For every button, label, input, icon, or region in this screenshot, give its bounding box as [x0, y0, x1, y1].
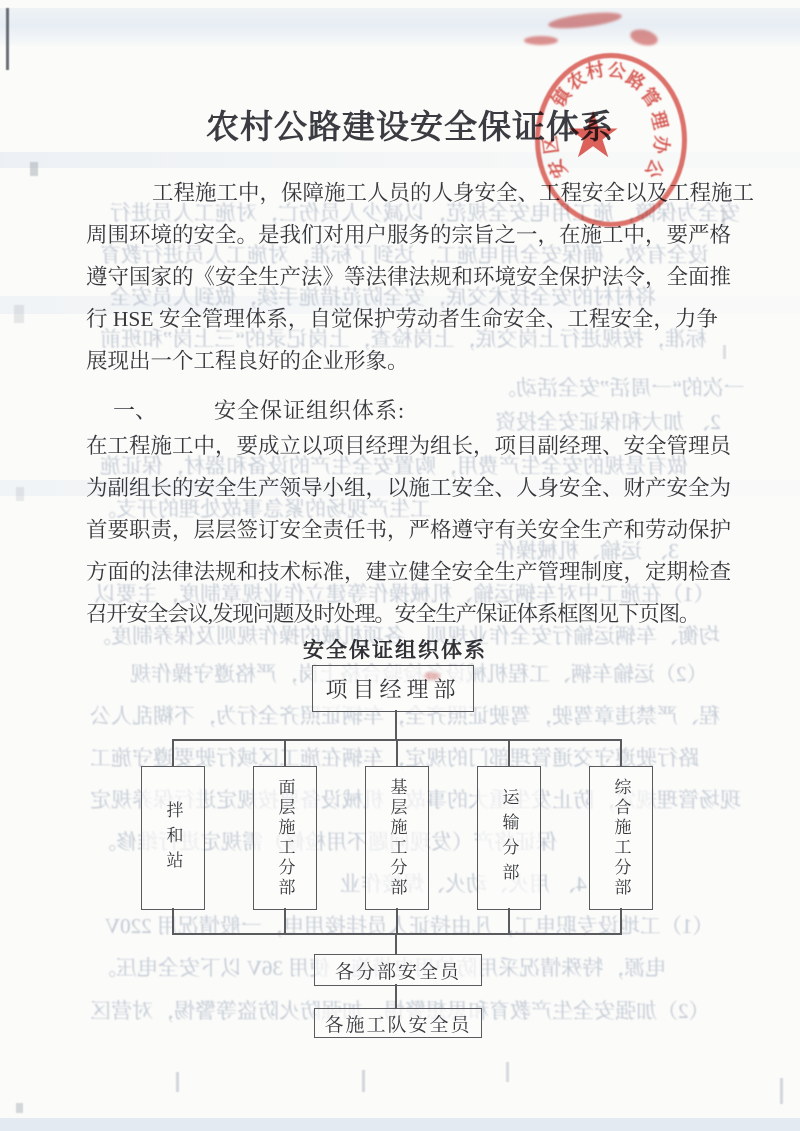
scan-artifact	[780, 1078, 783, 1104]
connector-line	[395, 984, 397, 1008]
paragraph1-line: 展现出一个工程良好的企业形象。	[86, 344, 731, 375]
paragraph2-line: 在工程施工中，要成立以项目经理为组长，项目副经理、安全管理员	[86, 429, 731, 460]
scan-artifact	[723, 345, 726, 359]
org-box-label: 各分部安全员	[335, 957, 461, 984]
stamp-ink-smudge	[424, 672, 440, 680]
connector-line	[172, 908, 174, 933]
stamp-star-icon: ★	[557, 104, 629, 168]
org-box-surface-layer-division: 面层施工分部	[253, 766, 317, 910]
org-chart-title: 安全保证组织体系	[250, 634, 540, 664]
stamp-ink-smudge	[524, 36, 558, 45]
paragraph2-line: 为副组长的安全生产领导小组，以施工安全、人身安全、财产安全为	[86, 471, 731, 502]
scan-artifact	[16, 487, 24, 501]
bleedthrough-text: （1）工地设专职电工，凡由持证人员挂接用电，一般情况用 220V	[105, 910, 713, 940]
stamp-arc-char: 区	[536, 134, 564, 155]
org-box-mixing-station: 拌和站	[141, 766, 205, 910]
connector-line	[284, 908, 286, 933]
scan-artifact	[6, 8, 9, 70]
connector-line	[620, 739, 622, 766]
org-box-label: 拌和站	[161, 801, 186, 876]
scan-artifact	[506, 1062, 509, 1082]
connector-line	[284, 739, 286, 766]
connector-line	[396, 908, 398, 933]
scan-streak	[0, 8, 800, 46]
org-box-crew-safety-officers: 各施工队安全员	[314, 1008, 482, 1038]
paragraph1-line: 行 HSE 安全管理体系，自觉保护劳动者生命安全、工程安全，力争	[86, 302, 731, 333]
section-heading-number: 一、	[113, 394, 157, 425]
connector-line	[395, 933, 397, 954]
scan-artifact	[30, 162, 38, 176]
section-heading-text: 安全保证组织体系:	[214, 394, 405, 425]
connector-line	[395, 710, 397, 739]
org-box-general-construction-division: 综合施工分部	[589, 766, 653, 910]
connector-line	[172, 933, 622, 935]
org-box-label: 基层施工分部	[385, 778, 410, 898]
scan-artifact	[14, 305, 24, 323]
connector-line	[172, 739, 174, 766]
connector-line	[620, 908, 622, 933]
stamp-ink-smudge	[547, 10, 622, 32]
org-box-label: 各施工队安全员	[324, 1010, 471, 1037]
org-box-label: 面层施工分部	[273, 778, 298, 898]
scanned-document-page: 安全为保障，施工用电安全规范，以减少人员伤亡，对施工人员进行设全有效、确保安全用…	[0, 0, 800, 1131]
paragraph1-line: 遵守国家的《安全生产法》等法律法规和环境安全保护法令，全面推	[86, 260, 731, 291]
connector-line	[396, 739, 398, 766]
paragraph2-line: 方面的法律法规和技术标准，建立健全安全生产管理制度，定期检查	[86, 555, 731, 586]
scan-artifact	[362, 1070, 365, 1092]
connector-line	[508, 739, 510, 766]
org-box-label: 运输分部	[497, 788, 522, 888]
scan-streak	[0, 1118, 800, 1131]
stamp-arc-char: 办	[647, 134, 675, 155]
org-box-project-manager-dept: 项目经理部	[312, 665, 474, 712]
org-box-division-safety-officers: 各分部安全员	[314, 954, 482, 986]
org-box-label: 项目经理部	[325, 673, 460, 704]
scan-artifact	[722, 208, 725, 228]
stamp-ink-smudge	[629, 27, 660, 48]
paragraph1-line: 工程施工中，保障施工人员的人身安全、工程安全以及工程施工	[152, 176, 797, 207]
bleedthrough-text: 一次的“一周活”安全活动。	[495, 372, 745, 402]
org-box-base-layer-division: 基层施工分部	[365, 766, 429, 910]
paragraph2-line: 首要职责，层层签订安全责任书，严格遵守有关安全生产和劳动保护	[86, 513, 731, 544]
paragraph2-line: 召开安全会议,发现问题及时处理。安全生产保证体系框图见下页图。	[86, 597, 731, 628]
scan-artifact	[176, 1072, 179, 1092]
connector-line	[508, 908, 510, 933]
scan-artifact	[16, 1103, 23, 1113]
org-box-transport-division: 运输分部	[477, 766, 541, 910]
org-box-label: 综合施工分部	[609, 778, 634, 898]
